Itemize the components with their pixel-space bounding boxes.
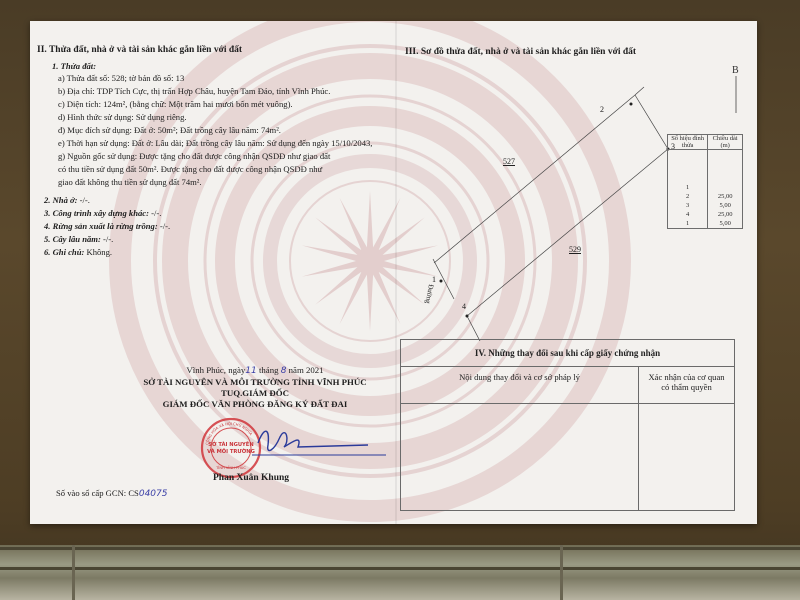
changes-table: IV. Những thay đổi sau khi cấp giấy chứn… bbox=[400, 339, 735, 511]
month-label: tháng bbox=[259, 365, 279, 375]
usage-origin-2: có thu tiền sử dụng đất 50m². Được tặng … bbox=[58, 164, 322, 174]
wall-rail bbox=[0, 547, 800, 550]
table-cell: 25,00 bbox=[710, 210, 740, 219]
item-value: -/-. bbox=[101, 234, 113, 244]
neighbor-parcel-529: 529 bbox=[569, 245, 581, 254]
item-label: 2. Nhà ở: bbox=[44, 195, 78, 205]
table-cell: 2 bbox=[670, 192, 705, 201]
vertex-label-4: 4 bbox=[462, 302, 466, 311]
table-cell: 5,00 bbox=[710, 201, 740, 210]
usage-origin-3: giao đất không thu tiền sử dụng đất 74m²… bbox=[58, 177, 202, 187]
handwritten-month: 8 bbox=[281, 366, 287, 376]
registry-number: Số vào sổ cấp GCN: CS04075 bbox=[56, 488, 167, 499]
vertex-length-table: Số hiệu đỉnh thửa Chiều dài (m) 1 2 3 4 … bbox=[667, 134, 743, 229]
land-certificate-document: II. Thửa đất, nhà ở và tài sản khác gắn … bbox=[30, 21, 757, 524]
vertex-column: 1 2 3 4 1 bbox=[668, 150, 708, 229]
land-parcel-heading: 1. Thửa đất: bbox=[52, 61, 96, 71]
handwritten-signature bbox=[250, 421, 390, 471]
signer-name: Phan Xuân Khung bbox=[213, 473, 289, 483]
table-cell: 1 bbox=[670, 219, 705, 228]
issuing-authority: SỞ TÀI NGUYÊN VÀ MÔI TRƯỜNG TỈNH VĨNH PH… bbox=[120, 377, 390, 388]
table-cell: 3 bbox=[670, 201, 705, 210]
item-value: Không. bbox=[84, 247, 112, 257]
parcel-area: c) Diện tích: 124m², (bằng chữ: Một trăm… bbox=[58, 99, 293, 109]
col2-line1: Xác nhận của cơ quan bbox=[648, 372, 724, 382]
parcel-address: b) Địa chỉ: TDP Tích Cực, thị trấn Hợp C… bbox=[58, 86, 330, 96]
neighbor-parcel-527: 527 bbox=[503, 157, 515, 166]
left-page: II. Thửa đất, nhà ở và tài sản khác gắn … bbox=[30, 21, 396, 524]
registry-handwritten-number: 04075 bbox=[139, 489, 168, 499]
wall-post bbox=[560, 545, 563, 600]
usage-purpose: đ) Mục đích sử dụng: Đất ở: 50m²; Đất tr… bbox=[58, 125, 281, 135]
vertex-label-1: 1 bbox=[432, 275, 436, 284]
svg-text:TỈNH VĨNH PHÚC: TỈNH VĨNH PHÚC bbox=[215, 465, 246, 470]
item-label: 5. Cây lâu năm: bbox=[44, 234, 101, 244]
table-cell: 25,00 bbox=[710, 192, 740, 201]
item-planted-forest: 4. Rừng sản xuất là rừng trồng: -/-. bbox=[44, 221, 170, 231]
usage-form: d) Hình thức sử dụng: Sử dụng riêng. bbox=[58, 112, 187, 122]
col2-line2: có thẩm quyền bbox=[661, 382, 712, 392]
changes-confirmation-cell bbox=[639, 404, 735, 511]
year-label: năm 2021 bbox=[289, 365, 324, 375]
table-cell bbox=[710, 183, 740, 192]
header-length: Chiều dài (m) bbox=[708, 135, 743, 150]
table-cell: 4 bbox=[670, 210, 705, 219]
registry-label: Số vào sổ cấp GCN: CS bbox=[56, 488, 139, 498]
section-ii-title: II. Thửa đất, nhà ở và tài sản khác gắn … bbox=[37, 45, 242, 55]
changes-content-cell bbox=[401, 404, 639, 511]
changes-col-confirmation: Xác nhận của cơ quan có thẩm quyền bbox=[639, 367, 735, 404]
usage-term: e) Thời hạn sử dụng: Đất ở: Lâu dài; Đất… bbox=[58, 138, 372, 148]
item-value: -/-. bbox=[78, 195, 90, 205]
item-label: 4. Rừng sản xuất là rừng trồng: bbox=[44, 221, 158, 231]
table-cell: 1 bbox=[670, 183, 705, 192]
vertex-label-2: 2 bbox=[600, 105, 604, 114]
changes-title: IV. Những thay đổi sau khi cấp giấy chứn… bbox=[401, 340, 735, 367]
header-vertex: Số hiệu đỉnh thửa bbox=[668, 135, 708, 150]
parcel-number: a) Thửa đất số: 528; tờ bản đồ số: 13 bbox=[58, 73, 184, 83]
item-other-construction: 3. Công trình xây dựng khác: -/-. bbox=[44, 208, 161, 218]
item-notes: 6. Ghi chú: Không. bbox=[44, 247, 112, 257]
svg-text:VÀ MÔI TRƯỜNG: VÀ MÔI TRƯỜNG bbox=[207, 448, 255, 455]
changes-col-content: Nội dung thay đổi và cơ sở pháp lý bbox=[401, 367, 639, 404]
item-label: 6. Ghi chú: bbox=[44, 247, 84, 257]
on-behalf-of: TUQ.GIÁM ĐỐC bbox=[120, 388, 390, 399]
place-date-prefix: Vĩnh Phúc, ngày bbox=[186, 365, 245, 375]
signing-block: Vĩnh Phúc, ngày11 tháng 8 năm 2021 SỞ TÀ… bbox=[120, 365, 390, 410]
table-cell: 5,00 bbox=[710, 219, 740, 228]
place-date: Vĩnh Phúc, ngày11 tháng 8 năm 2021 bbox=[120, 365, 390, 377]
item-house: 2. Nhà ở: -/-. bbox=[44, 195, 90, 205]
item-perennial-trees: 5. Cây lâu năm: -/-. bbox=[44, 234, 113, 244]
wall-rail bbox=[0, 567, 800, 570]
background-wall bbox=[0, 545, 800, 600]
signer-title: GIÁM ĐỐC VĂN PHÒNG ĐĂNG KÝ ĐẤT ĐAI bbox=[120, 399, 390, 410]
usage-origin-1: g) Nguồn gốc sử dụng: Được tặng cho đất … bbox=[58, 151, 330, 161]
length-column: 25,00 5,00 25,00 5,00 bbox=[708, 150, 743, 229]
item-value: -/-. bbox=[158, 221, 170, 231]
svg-text:SỞ TÀI NGUYÊN: SỞ TÀI NGUYÊN bbox=[208, 440, 253, 448]
item-value: -/-. bbox=[149, 208, 161, 218]
item-label: 3. Công trình xây dựng khác: bbox=[44, 208, 149, 218]
wall-post bbox=[72, 545, 75, 600]
handwritten-day: 11 bbox=[245, 366, 256, 376]
